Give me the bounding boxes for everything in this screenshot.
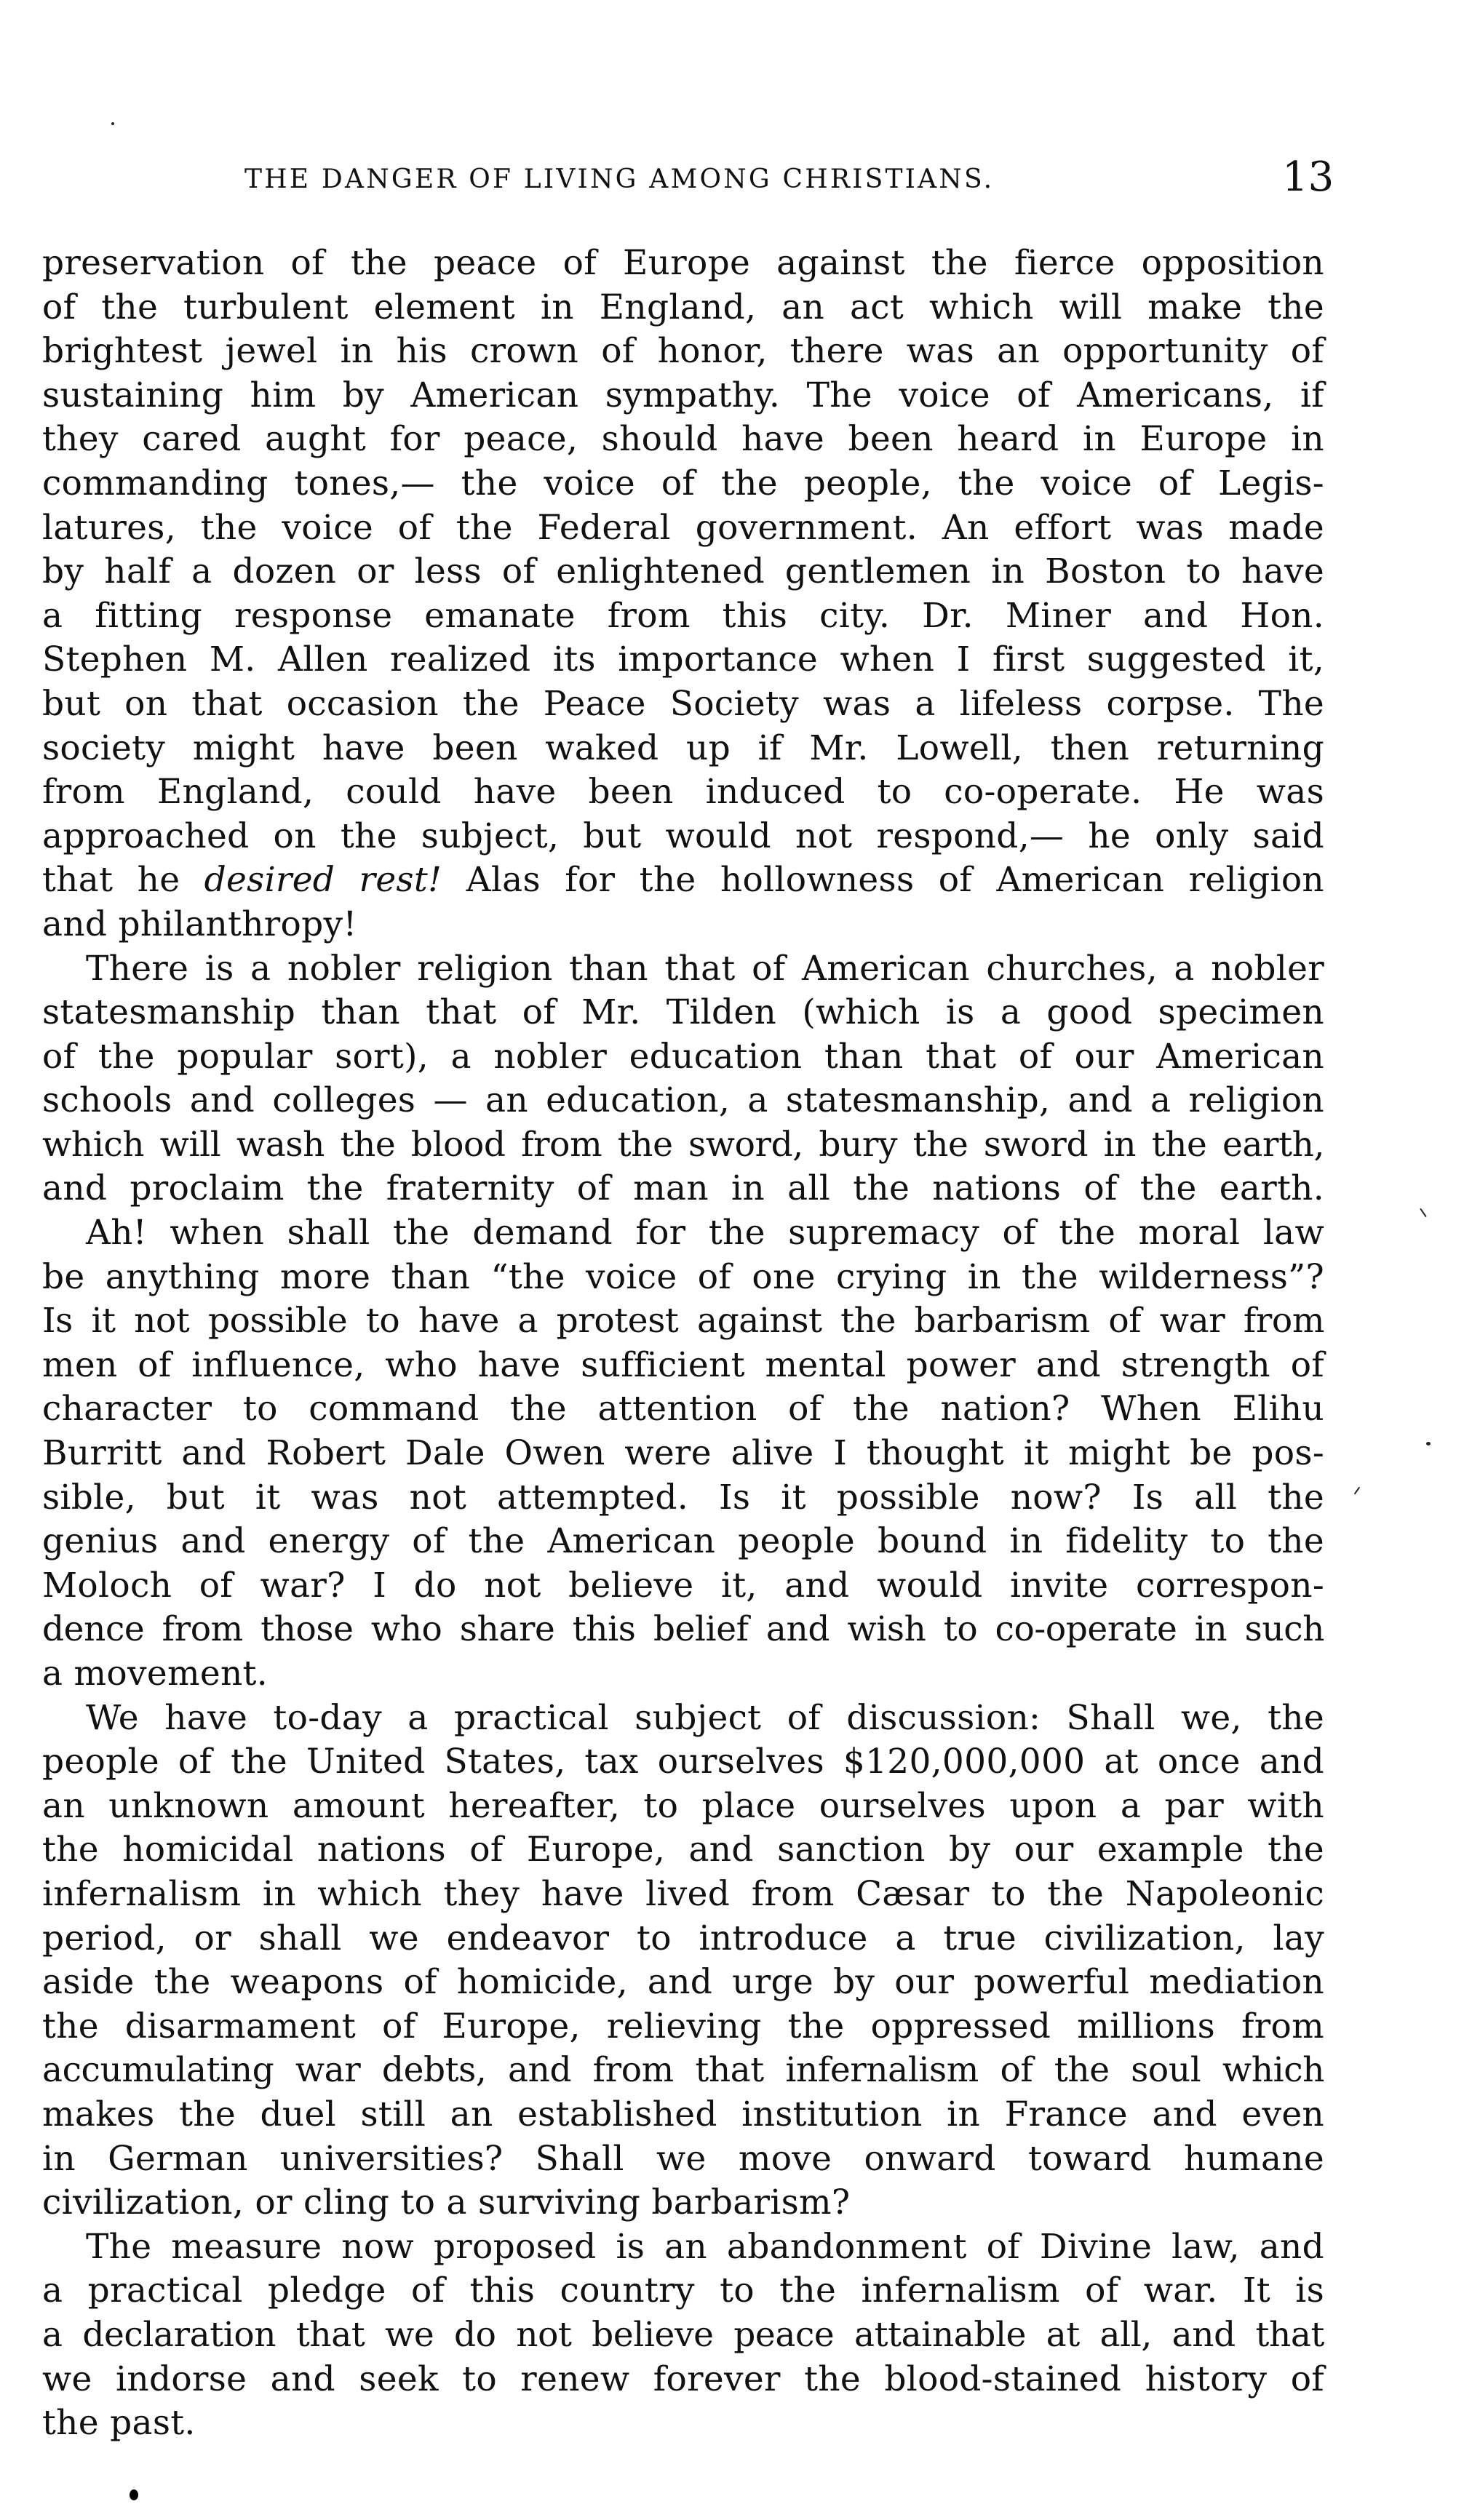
scan-speck [1354,1487,1361,1495]
text-line: and proclaim the fraternity of man in al… [42,1167,1324,1211]
paragraph-3: Ah! when shall the demand for the suprem… [42,1211,1324,1696]
text-line: from England, could have been induced to… [42,770,1324,815]
text-line: the disarmament of Europe, relieving the… [42,2005,1324,2049]
text-line: a movement. [42,1652,1324,1696]
text-line: preservation of the peace of Europe agai… [42,242,1324,286]
text-line: a practical pledge of this country to th… [42,2269,1324,2313]
text-line: society might have been waked up if Mr. … [42,727,1324,771]
text-line: sible, but it was not attempted. Is it p… [42,1476,1324,1520]
text-line: aside the weapons of homicide, and urge … [42,1961,1324,2005]
text-line: We have to-day a practical subject of di… [42,1696,1324,1741]
text-line: an unknown amount hereafter, to place ou… [42,1785,1324,1829]
page-number: 13 [1282,154,1329,201]
text-line: by half a dozen or less of enlightened g… [42,550,1324,594]
text-line: schools and colleges — an education, a s… [42,1079,1324,1123]
text-line: we indorse and seek to renew forever the… [42,2358,1324,2402]
text-line: accumulating war debts, and from that in… [42,2049,1324,2093]
text-line: There is a nobler religion than that of … [42,947,1324,992]
text-line: be anything more than “the voice of one … [42,1256,1324,1300]
text-line: but on that occasion the Peace Society w… [42,682,1324,727]
paragraph-1: preservation of the peace of Europe agai… [42,242,1324,947]
text-line: sustaining him by American sympathy. The… [42,374,1324,418]
book-page: THE DANGER OF LIVING AMONG CHRISTIANS. 1… [0,0,1464,2520]
text-line: men of influence, who have sufficient me… [42,1344,1324,1388]
text-run: that he [42,860,204,900]
paragraph-4: We have to-day a practical subject of di… [42,1696,1324,2225]
text-line: the past. [42,2401,1324,2446]
text-line: of the popular sort), a nobler education… [42,1035,1324,1080]
text-line-with-italic: that he desired rest! Alas for the hollo… [42,858,1324,903]
text-line: makes the duel still an established inst… [42,2093,1324,2137]
text-line: infernalism in which they have lived fro… [42,1873,1324,1917]
text-line: a fitting response emanate from this cit… [42,594,1324,639]
text-line: statesmanship than that of Mr. Tilden (w… [42,991,1324,1035]
text-line: Burritt and Robert Dale Owen were alive … [42,1432,1324,1476]
text-line: of the turbulent element in England, an … [42,286,1324,330]
text-line: civilization, or cling to a surviving ba… [42,2181,1324,2225]
text-line: Is it not possible to have a protest aga… [42,1299,1324,1344]
body-text: preservation of the peace of Europe agai… [42,242,1324,2446]
text-line: people of the United States, tax ourselv… [42,1740,1324,1785]
text-line: Moloch of war? I do not believe it, and … [42,1564,1324,1608]
text-line: the homicidal nations of Europe, and san… [42,1828,1324,1873]
text-line: approached on the subject, but would not… [42,815,1324,859]
ink-dot-mark [130,2489,138,2500]
text-run: Alas for the hollowness of American reli… [442,860,1324,900]
text-line: The measure now proposed is an abandonme… [42,2225,1324,2270]
text-line: brightest jewel in his crown of honor, t… [42,330,1324,374]
italic-emphasis: desired rest! [204,860,442,900]
paragraph-5: The measure now proposed is an abandonme… [42,2225,1324,2446]
text-line: and philanthropy! [42,903,1324,947]
text-line: period, or shall we endeavor to introduc… [42,1917,1324,1961]
text-line: a declaration that we do not believe pea… [42,2313,1324,2358]
text-line: Stephen M. Allen realized its importance… [42,638,1324,682]
scan-speck [111,122,114,125]
text-line: dence from those who share this belief a… [42,1608,1324,1652]
running-head-title: THE DANGER OF LIVING AMONG CHRISTIANS. [244,162,1147,198]
text-line: commanding tones,— the voice of the peop… [42,462,1324,506]
scan-speck [1420,1208,1427,1218]
text-line: they cared aught for peace, should have … [42,418,1324,462]
paragraph-2: There is a nobler religion than that of … [42,947,1324,1212]
text-line: latures, the voice of the Federal govern… [42,506,1324,551]
text-line: character to command the attention of th… [42,1387,1324,1432]
text-line: Ah! when shall the demand for the suprem… [42,1211,1324,1256]
text-line: in German universities? Shall we move on… [42,2137,1324,2182]
text-line: which will wash the blood from the sword… [42,1123,1324,1168]
scan-speck [1426,1442,1431,1446]
text-line: genius and energy of the American people… [42,1520,1324,1564]
